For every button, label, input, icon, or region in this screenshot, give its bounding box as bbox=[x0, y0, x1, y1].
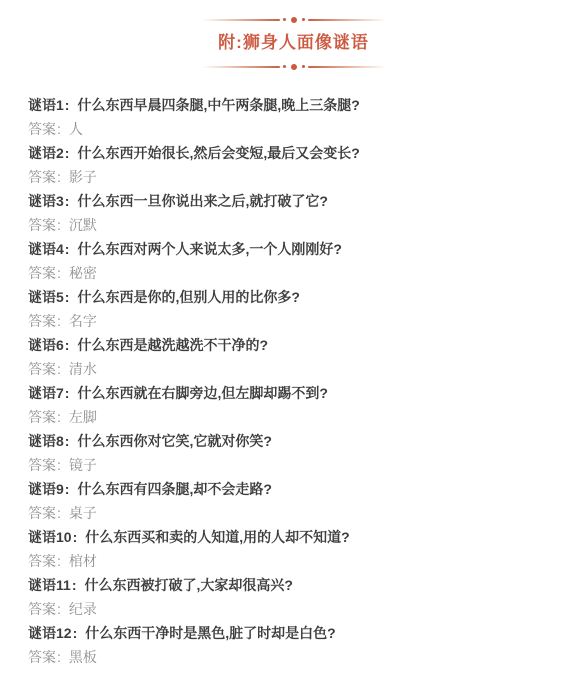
colon-separator: : bbox=[64, 433, 78, 449]
riddle-number: 谜语12 bbox=[28, 625, 72, 641]
answer-label: 答案 bbox=[28, 601, 56, 617]
riddle-item: 谜语6:什么东西是越洗越洗不干净的? 答案:清水 bbox=[28, 333, 571, 381]
riddle-number: 谜语10 bbox=[28, 529, 72, 545]
riddle-answer-text: 左脚 bbox=[69, 409, 97, 425]
colon-separator: : bbox=[56, 169, 69, 185]
riddle-item: 谜语9:什么东西有四条腿,却不会走路? 答案:桌子 bbox=[28, 477, 571, 525]
answer-label: 答案 bbox=[28, 553, 56, 569]
divider-line-left bbox=[202, 19, 280, 21]
divider-dot-small bbox=[283, 18, 286, 21]
divider-dot-small bbox=[302, 18, 305, 21]
riddle-answer-text: 黑板 bbox=[69, 649, 97, 665]
answer-label: 答案 bbox=[28, 649, 56, 665]
riddle-question-text: 什么东西有四条腿,却不会走路? bbox=[77, 481, 271, 497]
riddle-item: 谜语11:什么东西被打破了,大家却很高兴? 答案:纪录 bbox=[28, 573, 571, 621]
riddle-answer: 答案:人 bbox=[28, 117, 571, 141]
riddle-item: 谜语7:什么东西就在右脚旁边,但左脚却踢不到? 答案:左脚 bbox=[28, 381, 571, 429]
answer-label: 答案 bbox=[28, 217, 56, 233]
riddle-item: 谜语10:什么东西买和卖的人知道,用的人却不知道? 答案:棺材 bbox=[28, 525, 571, 573]
riddle-question-text: 什么东西被打破了,大家却很高兴? bbox=[84, 577, 292, 593]
colon-separator: : bbox=[64, 241, 78, 257]
riddle-answer: 答案:秘密 bbox=[28, 261, 571, 285]
riddle-page: 附:狮身人面像谜语 谜语1:什么东西早晨四条腿,中午两条腿,晚上三条腿? 答案:… bbox=[0, 0, 587, 680]
riddle-answer: 答案:黑板 bbox=[28, 645, 571, 669]
answer-label: 答案 bbox=[28, 169, 56, 185]
colon-separator: : bbox=[56, 265, 69, 281]
riddle-answer-text: 纪录 bbox=[69, 601, 97, 617]
riddle-answer: 答案:纪录 bbox=[28, 597, 571, 621]
riddle-answer: 答案:棺材 bbox=[28, 549, 571, 573]
divider-top bbox=[194, 16, 394, 23]
riddle-item: 谜语5:什么东西是你的,但别人用的比你多? 答案:名字 bbox=[28, 285, 571, 333]
divider-dot-small bbox=[283, 65, 286, 68]
page-header: 附:狮身人面像谜语 bbox=[0, 0, 587, 70]
colon-separator: : bbox=[64, 193, 78, 209]
divider-line-right bbox=[308, 19, 386, 21]
page-title: 附:狮身人面像谜语 bbox=[0, 32, 587, 54]
riddle-question: 谜语10:什么东西买和卖的人知道,用的人却不知道? bbox=[28, 525, 571, 549]
riddle-question: 谜语12:什么东西干净时是黑色,脏了时却是白色? bbox=[28, 621, 571, 645]
riddle-question: 谜语3:什么东西一旦你说出来之后,就打破了它? bbox=[28, 189, 571, 213]
divider-bottom bbox=[194, 63, 394, 70]
answer-label: 答案 bbox=[28, 313, 56, 329]
divider-dot-large bbox=[291, 17, 297, 23]
riddle-question-text: 什么东西就在右脚旁边,但左脚却踢不到? bbox=[77, 385, 327, 401]
riddle-question: 谜语8:什么东西你对它笑,它就对你笑? bbox=[28, 429, 571, 453]
riddle-question-text: 什么东西你对它笑,它就对你笑? bbox=[77, 433, 271, 449]
riddle-answer: 答案:沉默 bbox=[28, 213, 571, 237]
riddle-answer-text: 桌子 bbox=[69, 505, 97, 521]
colon-separator: : bbox=[64, 385, 78, 401]
answer-label: 答案 bbox=[28, 265, 56, 281]
answer-label: 答案 bbox=[28, 409, 56, 425]
answer-label: 答案 bbox=[28, 121, 56, 137]
colon-separator: : bbox=[71, 577, 85, 593]
colon-separator: : bbox=[64, 481, 78, 497]
colon-separator: : bbox=[56, 217, 69, 233]
answer-label: 答案 bbox=[28, 457, 56, 473]
answer-label: 答案 bbox=[28, 361, 56, 377]
divider-line-right bbox=[308, 66, 386, 68]
colon-separator: : bbox=[56, 361, 69, 377]
riddle-number: 谜语11 bbox=[28, 577, 71, 593]
riddle-question: 谜语4:什么东西对两个人来说太多,一个人刚刚好? bbox=[28, 237, 571, 261]
riddle-answer-text: 清水 bbox=[69, 361, 97, 377]
riddle-answer: 答案:镜子 bbox=[28, 453, 571, 477]
riddle-answer: 答案:清水 bbox=[28, 357, 571, 381]
riddle-answer-text: 镜子 bbox=[69, 457, 97, 473]
colon-separator: : bbox=[56, 505, 69, 521]
riddle-answer: 答案:影子 bbox=[28, 165, 571, 189]
riddle-item: 谜语2:什么东西开始很长,然后会变短,最后又会变长? 答案:影子 bbox=[28, 141, 571, 189]
riddle-question: 谜语1:什么东西早晨四条腿,中午两条腿,晚上三条腿? bbox=[28, 93, 571, 117]
colon-separator: : bbox=[64, 145, 78, 161]
colon-separator: : bbox=[72, 625, 86, 641]
riddle-number: 谜语6 bbox=[28, 337, 64, 353]
colon-separator: : bbox=[56, 649, 69, 665]
colon-separator: : bbox=[64, 337, 78, 353]
riddle-question: 谜语9:什么东西有四条腿,却不会走路? bbox=[28, 477, 571, 501]
riddle-number: 谜语2 bbox=[28, 145, 64, 161]
colon-separator: : bbox=[56, 313, 69, 329]
riddle-question: 谜语5:什么东西是你的,但别人用的比你多? bbox=[28, 285, 571, 309]
riddle-number: 谜语8 bbox=[28, 433, 64, 449]
colon-separator: : bbox=[56, 601, 69, 617]
riddle-answer-text: 棺材 bbox=[69, 553, 97, 569]
riddle-question-text: 什么东西干净时是黑色,脏了时却是白色? bbox=[85, 625, 335, 641]
colon-separator: : bbox=[64, 97, 78, 113]
riddle-question: 谜语11:什么东西被打破了,大家却很高兴? bbox=[28, 573, 571, 597]
riddle-item: 谜语3:什么东西一旦你说出来之后,就打破了它? 答案:沉默 bbox=[28, 189, 571, 237]
riddle-answer-text: 沉默 bbox=[69, 217, 97, 233]
divider-dot-small bbox=[302, 65, 305, 68]
riddle-answer-text: 影子 bbox=[69, 169, 97, 185]
riddle-answer-text: 名字 bbox=[69, 313, 97, 329]
riddle-question-text: 什么东西一旦你说出来之后,就打破了它? bbox=[77, 193, 327, 209]
riddle-number: 谜语3 bbox=[28, 193, 64, 209]
riddle-question-text: 什么东西是你的,但别人用的比你多? bbox=[77, 289, 299, 305]
riddle-item: 谜语4:什么东西对两个人来说太多,一个人刚刚好? 答案:秘密 bbox=[28, 237, 571, 285]
colon-separator: : bbox=[56, 409, 69, 425]
colon-separator: : bbox=[56, 121, 69, 137]
riddle-answer: 答案:桌子 bbox=[28, 501, 571, 525]
riddle-number: 谜语9 bbox=[28, 481, 64, 497]
riddle-question-text: 什么东西对两个人来说太多,一个人刚刚好? bbox=[77, 241, 341, 257]
riddle-answer-text: 人 bbox=[69, 121, 83, 137]
divider-line-left bbox=[202, 66, 280, 68]
riddle-question-text: 什么东西早晨四条腿,中午两条腿,晚上三条腿? bbox=[77, 97, 359, 113]
riddle-question-text: 什么东西是越洗越洗不干净的? bbox=[77, 337, 268, 353]
riddle-answer: 答案:左脚 bbox=[28, 405, 571, 429]
riddle-item: 谜语12:什么东西干净时是黑色,脏了时却是白色? 答案:黑板 bbox=[28, 621, 571, 669]
colon-separator: : bbox=[72, 529, 86, 545]
riddle-answer: 答案:名字 bbox=[28, 309, 571, 333]
riddle-answer-text: 秘密 bbox=[69, 265, 97, 281]
riddle-number: 谜语1 bbox=[28, 97, 64, 113]
answer-label: 答案 bbox=[28, 505, 56, 521]
riddle-question: 谜语6:什么东西是越洗越洗不干净的? bbox=[28, 333, 571, 357]
riddle-number: 谜语7 bbox=[28, 385, 64, 401]
colon-separator: : bbox=[56, 553, 69, 569]
riddle-question: 谜语2:什么东西开始很长,然后会变短,最后又会变长? bbox=[28, 141, 571, 165]
colon-separator: : bbox=[56, 457, 69, 473]
riddle-question-text: 什么东西开始很长,然后会变短,最后又会变长? bbox=[77, 145, 359, 161]
riddle-item: 谜语1:什么东西早晨四条腿,中午两条腿,晚上三条腿? 答案:人 bbox=[28, 93, 571, 141]
riddle-question-text: 什么东西买和卖的人知道,用的人却不知道? bbox=[85, 529, 349, 545]
riddle-list: 谜语1:什么东西早晨四条腿,中午两条腿,晚上三条腿? 答案:人 谜语2:什么东西… bbox=[0, 93, 587, 669]
divider-dot-large bbox=[291, 64, 297, 70]
riddle-number: 谜语5 bbox=[28, 289, 64, 305]
riddle-number: 谜语4 bbox=[28, 241, 64, 257]
colon-separator: : bbox=[64, 289, 78, 305]
riddle-question: 谜语7:什么东西就在右脚旁边,但左脚却踢不到? bbox=[28, 381, 571, 405]
riddle-item: 谜语8:什么东西你对它笑,它就对你笑? 答案:镜子 bbox=[28, 429, 571, 477]
